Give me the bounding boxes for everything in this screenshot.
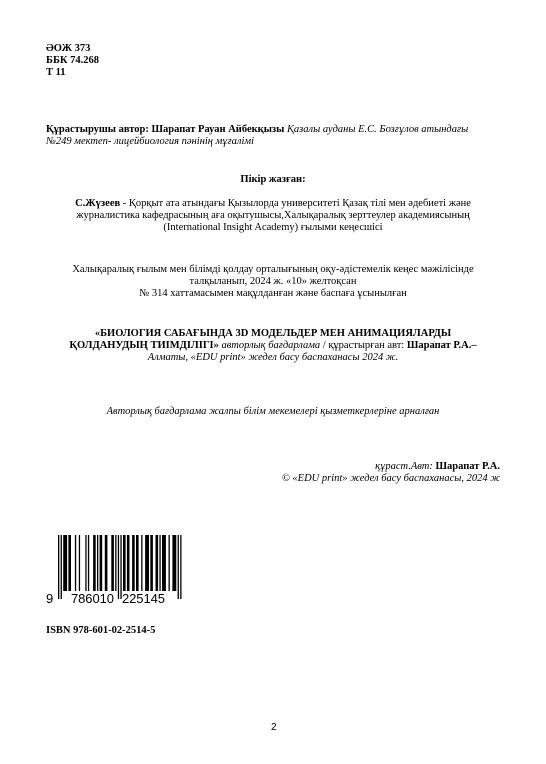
book-title-line1: «БИОЛОГИЯ САБАҒЫНДА 3D МОДЕЛЬДЕР МЕН АНИ… bbox=[0, 328, 546, 340]
compiler-affiliation-line2: №249 мектеп- лицейбиология пәнінің мұғал… bbox=[46, 136, 254, 148]
title-author: Шарапат Р.А.– bbox=[407, 340, 477, 351]
author-mark: Т 11 bbox=[46, 67, 66, 79]
copyright-line: © «EDU print» жедел басу баспаханасы, 20… bbox=[282, 473, 500, 485]
reviewer-position: - Қорқыт ата атындағы Қызылорда универси… bbox=[120, 198, 471, 209]
barcode-left-digits: 786010 bbox=[71, 591, 114, 605]
publisher-line: Алматы, «EDU print» жедел басу баспахана… bbox=[0, 352, 546, 364]
page-number: 2 bbox=[271, 722, 277, 734]
reviewer-line3: (International Insight Academy) ғылыми к… bbox=[0, 222, 546, 234]
copyright-compiler-label: құраст.Авт: bbox=[375, 461, 435, 472]
copyright-compiler-name: Шарапат Р.А. bbox=[436, 461, 500, 472]
barcode-right-digits: 225145 bbox=[122, 591, 165, 605]
approval-line1: Халықаралық ғылым мен білімді қолдау орт… bbox=[0, 264, 546, 276]
reviewer-heading: Пікір жазған: bbox=[0, 174, 546, 186]
approval-line3: № 314 хаттамасымен мақұлданған және басп… bbox=[0, 288, 546, 300]
book-title-line2: ҚОЛДАНУДЫҢ ТИІМДІЛІГІ» bbox=[69, 340, 218, 351]
udc-code: ӘОЖ 373 bbox=[46, 43, 90, 55]
reviewer-name: С.Жүзеев bbox=[75, 198, 120, 209]
compiler-affiliation: Қазалы ауданы Е.С. Бозғұлов атындағы bbox=[287, 124, 468, 135]
approval-line2: талқыланып, 2024 ж. «10» желтоқсан bbox=[0, 276, 546, 288]
annotation: Авторлық бағдарлама жалпы білім мекемеле… bbox=[0, 406, 546, 418]
reviewer-line2: журналистика кафедрасының аға оқытушысы,… bbox=[0, 210, 546, 222]
isbn-barcode: 9 786010 225145 bbox=[44, 533, 184, 605]
isbn-number: ISBN 978-601-02-2514-5 bbox=[46, 625, 155, 637]
compiler-label: Құрастырушы автор: Шарапат Рауан Айбекқы… bbox=[46, 124, 284, 135]
program-type: авторлық бағдарлама bbox=[219, 340, 320, 351]
bbk-code: ББК 74.268 bbox=[46, 55, 99, 67]
compiled-by-label: / құрастырған авт: bbox=[320, 340, 407, 351]
barcode-first-digit: 9 bbox=[46, 591, 53, 605]
